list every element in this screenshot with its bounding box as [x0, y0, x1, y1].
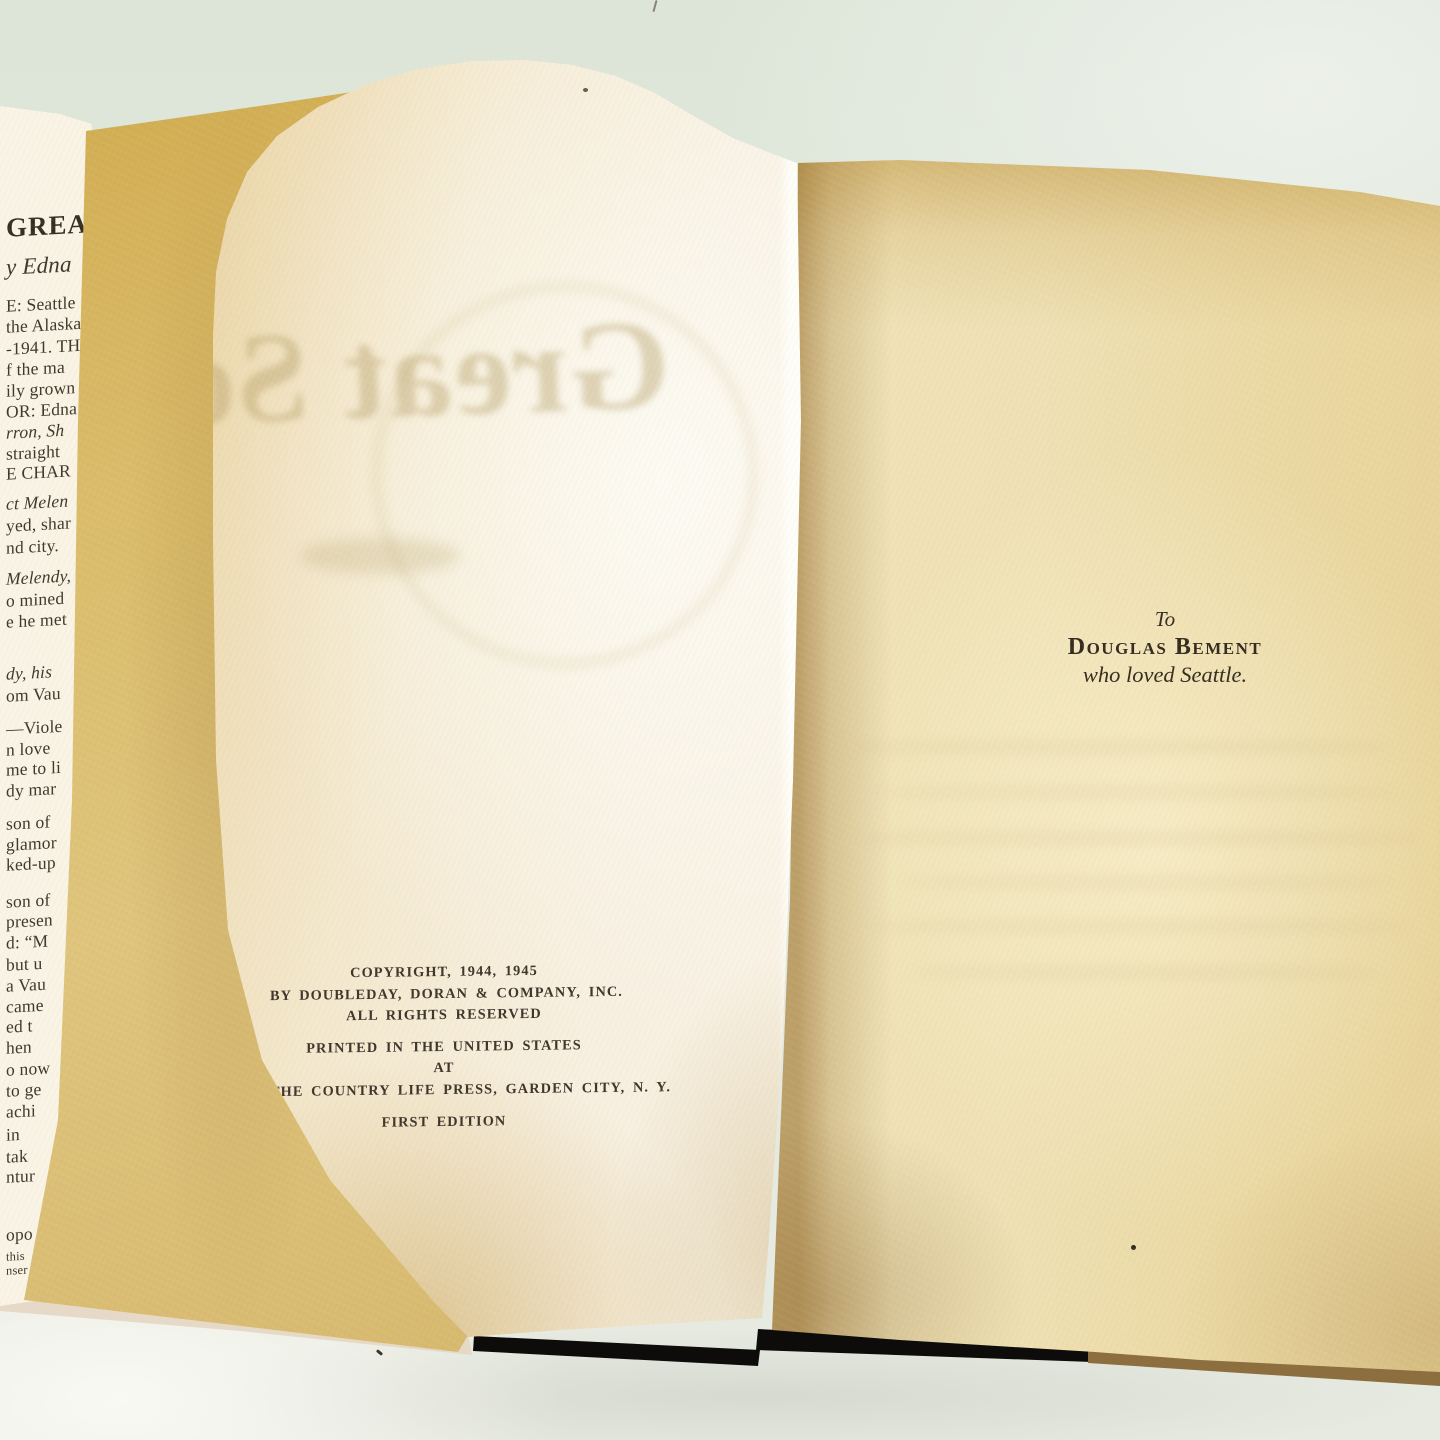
flap-text-line: in [6, 1126, 20, 1144]
flap-text-line: ked-up [6, 854, 56, 874]
flap-text-line: tak [6, 1148, 28, 1167]
flap-text-line: opo [6, 1225, 33, 1244]
flap-text-line: e he met [6, 611, 67, 632]
flap-text-line: ed t [6, 1017, 33, 1036]
flap-text-line: achi [6, 1102, 36, 1121]
showthrough-streak [910, 968, 1380, 977]
dedication-name: Douglas Bement [1030, 633, 1300, 661]
paper-speck [583, 88, 588, 92]
flap-text-line: son of [6, 891, 50, 911]
flap-text-line: OR: Edna [6, 400, 77, 421]
flap-text-line: dy, his [6, 663, 52, 683]
flap-text-line: o mined [6, 590, 64, 611]
flap-text-line: f the ma [6, 359, 65, 380]
flap-text-line: o now [6, 1059, 50, 1079]
copyright-line: ALL RIGHTS RESERVED [270, 1003, 618, 1029]
showthrough-streak [870, 922, 1410, 931]
copyright-block: COPYRIGHT, 1944, 1945 BY DOUBLEDAY, DORA… [270, 960, 618, 1135]
flap-text-line: a Vau [6, 976, 46, 996]
flap-text-line: to ge [6, 1081, 42, 1100]
flap-text-line: om Vau [6, 685, 61, 705]
flap-text-line: yed, shar [6, 514, 71, 535]
dedication-tagline: who loved Seattle. [1030, 661, 1300, 689]
showthrough-streak [900, 878, 1390, 887]
flap-text-line: rron, Sh [6, 422, 64, 443]
dedication-line-to: To [1030, 606, 1300, 633]
copyright-line: BY DOUBLEDAY, DORAN & COMPANY, INC. [270, 981, 618, 1007]
flap-text-line: came [6, 997, 44, 1016]
copyright-line: FIRST EDITION [270, 1109, 618, 1135]
showthrough-streak [860, 833, 1420, 843]
flap-text-line: glamor [6, 834, 57, 854]
flap-text-line: straight [6, 443, 60, 463]
copyright-line: THE COUNTRY LIFE PRESS, GARDEN CITY, N. … [270, 1078, 618, 1104]
flap-text-line: the Alaska [6, 315, 81, 336]
flap-text-line: but u [6, 955, 43, 974]
flap-text-line: nd city. [6, 537, 59, 557]
flap-text-line: presen [6, 911, 53, 931]
flap-text-line: ntur [6, 1167, 35, 1186]
paper-speck [1131, 1245, 1136, 1250]
flap-text-line: ily grown [6, 379, 75, 400]
flap-text-line: hen [6, 1038, 32, 1057]
ghost-author-smudge [300, 538, 460, 574]
ghost-title-showthrough: Great Son [152, 279, 673, 487]
flap-text-line: son of [6, 813, 50, 833]
flap-text-line: d: “M [6, 933, 48, 953]
flap-text-line: nser [6, 1264, 28, 1278]
flap-text-line: Melendy, [6, 567, 71, 588]
open-book-photo: GREAT y Edna E: Seattle the Alaska -1941… [0, 0, 1440, 1440]
showthrough-streak [880, 788, 1400, 797]
flap-text-line: me to li [6, 759, 61, 779]
flap-text-line: dy mar [6, 780, 56, 800]
flap-text-line: —Viole [6, 718, 63, 738]
dedication-block: To Douglas Bement who loved Seattle. [1030, 606, 1300, 689]
flap-text-line: ct Melen [6, 493, 68, 514]
flap-text-line: -1941. TH [6, 337, 80, 358]
flap-text-line: E CHAR [6, 462, 71, 483]
flap-text-line: E: Seattle [6, 294, 76, 315]
flap-text-line: y Edna [6, 252, 72, 278]
showthrough-streak [850, 742, 1390, 752]
flap-text-line: this [6, 1250, 25, 1263]
flap-text-line: n love [6, 739, 50, 759]
